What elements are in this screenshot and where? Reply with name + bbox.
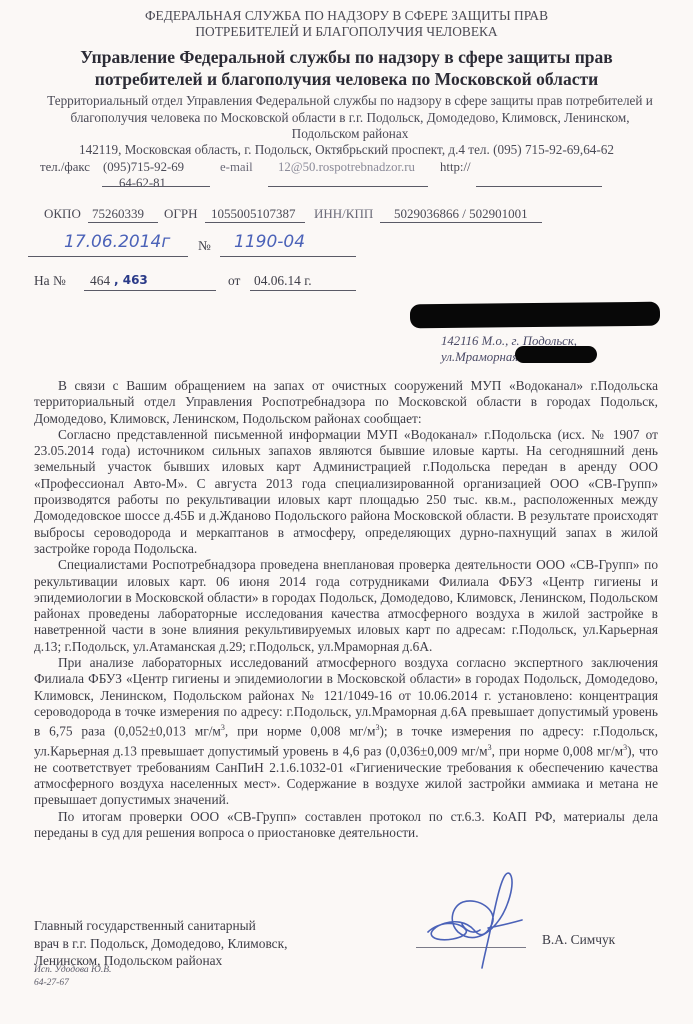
reference-date-underline [250,290,356,291]
territorial-line-2: благополучия человека по Московской обла… [20,110,680,127]
email-value[interactable]: 12@50.rospotrebnadzor.ru [278,160,415,175]
paragraph-1: В связи с Вашим обращением на запах от о… [34,378,658,427]
signatory-title-line-2: врач в г.г. Подольск, Домодедово, Климов… [34,935,287,953]
paragraph-5: По итогам проверки ООО «СВ-Групп» состав… [34,809,658,842]
territorial-line-3: Подольском районах [20,126,680,143]
registration-row: 17.06.2014г № 1190-04 [0,232,693,262]
executor-phone: 64-27-67 [34,977,111,990]
requisites-row: ОКПО 75260339 ОГРН 1055005107387 ИНН/КПП… [0,206,693,226]
redaction-bar-house [515,346,597,363]
contacts-row: тел./факс (095)715-92-69 64-62-81 e-mail… [0,160,693,200]
reference-label: На № [34,273,66,289]
okpo-label: ОКПО [44,206,81,222]
executor-name: Исп. Удодова Ю.В. [34,964,111,977]
ogrn-label: ОГРН [164,206,198,222]
p4-part-4: , при норме 0,008 мг/м [492,743,624,758]
signatory-title: Главный государственный санитарный врач … [34,917,287,970]
reference-from-label: от [228,273,240,289]
registration-number: 1190-04 [234,232,305,252]
email-underline [268,186,428,187]
ogrn-underline [205,222,305,223]
okpo-value: 75260339 [92,206,144,222]
inn-kpp-underline [380,222,542,223]
paragraph-2: Согласно представленной письменной инфор… [34,427,658,557]
registration-number-label: № [198,238,211,254]
reference-number-underline [84,290,216,291]
signatory-title-line-1: Главный государственный санитарный [34,917,287,935]
okpo-underline [88,222,158,223]
phone-fax-value-2: 64-62-81 [119,176,166,191]
letter-page: ФЕДЕРАЛЬНАЯ СЛУЖБА ПО НАДЗОРУ В СФЕРЕ ЗА… [0,0,693,1024]
executor-info: Исп. Удодова Ю.В. 64-27-67 [34,964,111,990]
paragraph-3: Специалистами Роспотребнадзора проведена… [34,557,658,655]
p4-part-2: , при норме 0,008 мг/м [225,724,376,739]
date-underline [28,256,188,257]
office-address: 142119, Московская область, г. Подольск,… [0,142,693,158]
number-underline [220,256,356,257]
http-label: http:// [440,160,471,175]
redaction-bar-name [410,302,660,329]
phone-fax-label: тел./факс [40,160,90,175]
inn-kpp-label: ИНН/КПП [314,206,373,222]
reference-row: На № 464 , 463 от 04.06.14 г. [0,273,693,297]
paragraph-4: При анализе лабораторных исследований ат… [34,655,658,809]
department-line-1: Управление Федеральной службы по надзору… [0,46,693,68]
signatory-name: В.А. Симчук [542,932,615,948]
ogrn-value: 1055005107387 [211,206,296,222]
agency-header: ФЕДЕРАЛЬНАЯ СЛУЖБА ПО НАДЗОРУ В СФЕРЕ ЗА… [0,8,693,40]
reference-number-handwritten: , 463 [114,273,148,287]
handwritten-signature-icon [418,872,538,972]
territorial-office: Территориальный отдел Управления Федерал… [20,93,680,143]
http-underline [476,186,602,187]
inn-kpp-value: 5029036866 / 502901001 [394,206,528,222]
registration-date: 17.06.2014г [64,232,170,252]
email-label: e-mail [220,160,253,175]
phone-fax-value: (095)715-92-69 [103,160,184,175]
department-line-2: потребителей и благополучия человека по … [0,68,693,90]
phone-underline [102,186,210,187]
reference-number: 464 [90,273,110,289]
letter-body: В связи с Вашим обращением на запах от о… [34,378,658,841]
agency-line-1: ФЕДЕРАЛЬНАЯ СЛУЖБА ПО НАДЗОРУ В СФЕРЕ ЗА… [0,8,693,24]
territorial-line-1: Территориальный отдел Управления Федерал… [20,93,680,110]
agency-line-2: ПОТРЕБИТЕЛЕЙ И БЛАГОПОЛУЧИЯ ЧЕЛОВЕКА [0,24,693,40]
department-title: Управление Федеральной службы по надзору… [0,46,693,90]
reference-date: 04.06.14 г. [254,273,312,289]
